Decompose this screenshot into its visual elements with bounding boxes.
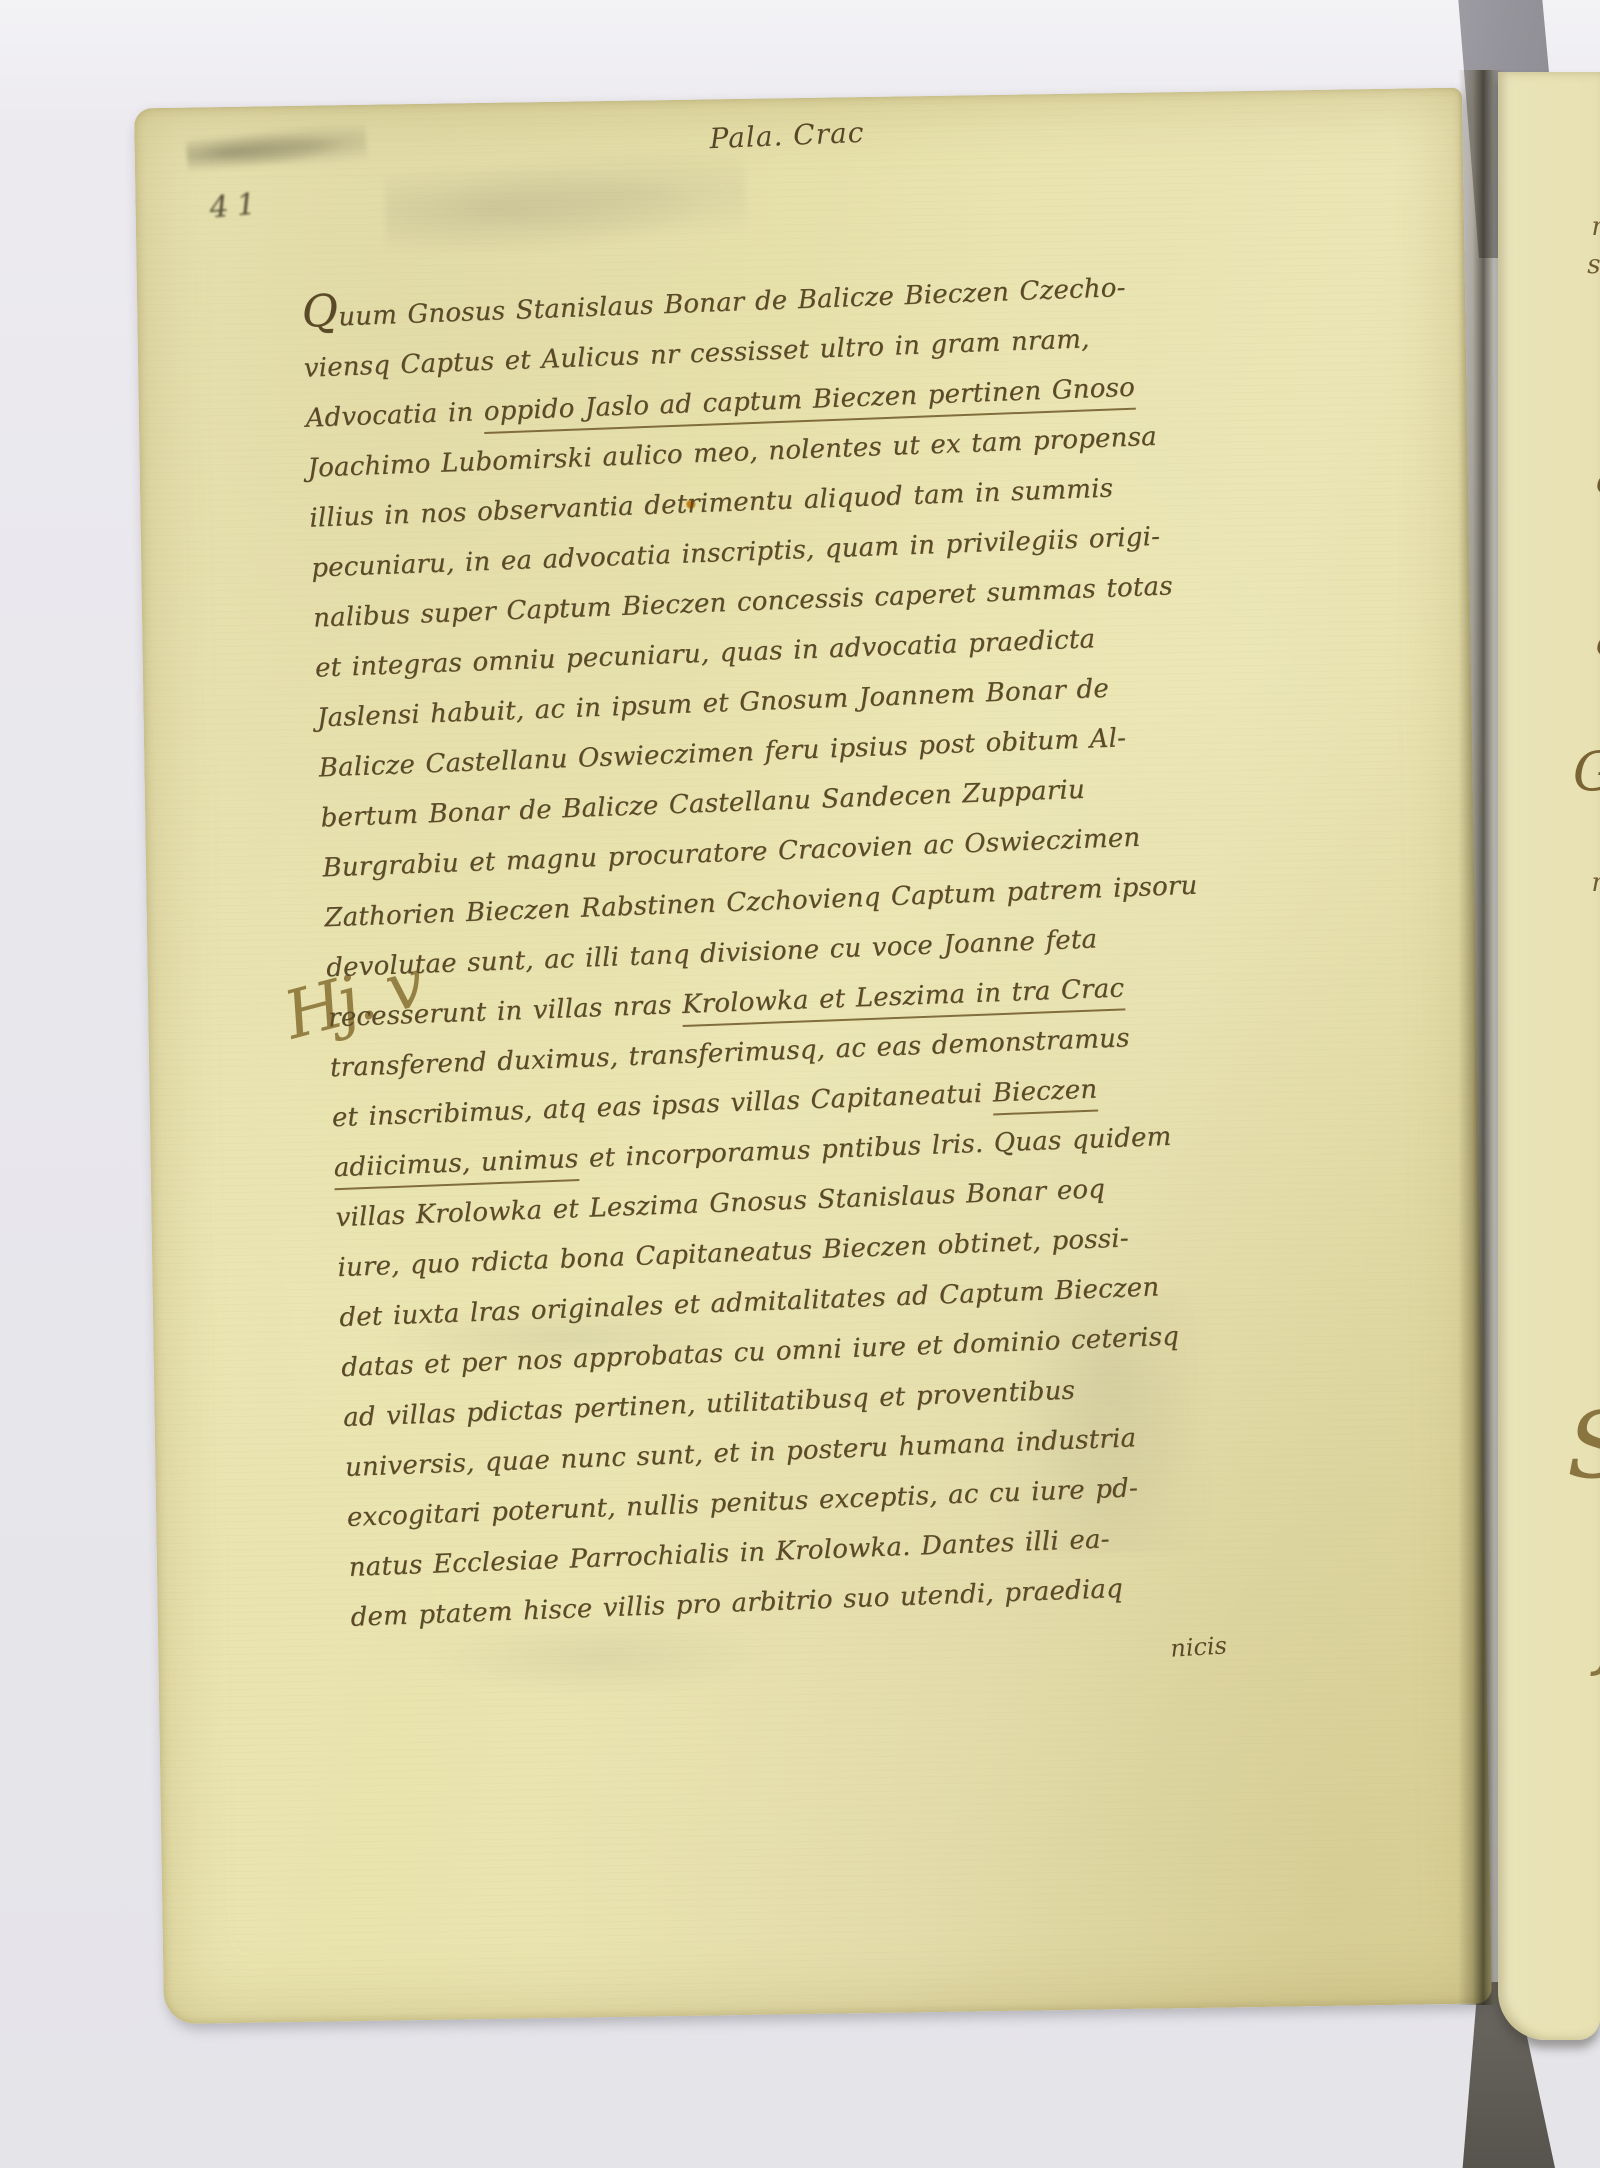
facing-page-text-fragment: m	[1591, 868, 1600, 898]
underlined-text: Bieczen	[992, 1075, 1098, 1116]
facing-page-text-fragment: C	[1596, 470, 1600, 500]
facing-page-text-fragment: f	[1596, 1572, 1600, 1679]
facing-page-text-fragment: G	[1573, 740, 1600, 803]
underlined-text: adiicimus, unimus	[333, 1144, 579, 1190]
folio-smudge	[185, 122, 367, 176]
line-text: recesserunt in villas nras	[328, 990, 683, 1033]
line-text: Advocatia in	[305, 397, 484, 434]
facing-page-text-fragment: C	[1596, 632, 1600, 662]
folio-number-mark: 41	[208, 187, 265, 227]
catchword: nicis	[1170, 1631, 1228, 1662]
archive-header: Pala. Crac	[709, 113, 930, 155]
showthrough-ghost	[385, 151, 747, 257]
facing-page-text-fragment: m	[1591, 212, 1600, 242]
manuscript-text-block: Quum Gnosus Stanislaus Bonar de Balicze …	[301, 265, 1111, 1643]
manuscript-page: 41 Pala. Crac Hj. v Quum Gnosus Stanisla…	[134, 88, 1492, 2025]
facing-page-edge: msegnvnhCCaaGrmupgSf	[1498, 72, 1600, 2040]
facing-page-text-fragment: S	[1567, 1392, 1600, 1499]
scan-backdrop: 41 Pala. Crac Hj. v Quum Gnosus Stanisla…	[0, 0, 1600, 2168]
facing-page-text-fragment: se	[1587, 250, 1600, 280]
